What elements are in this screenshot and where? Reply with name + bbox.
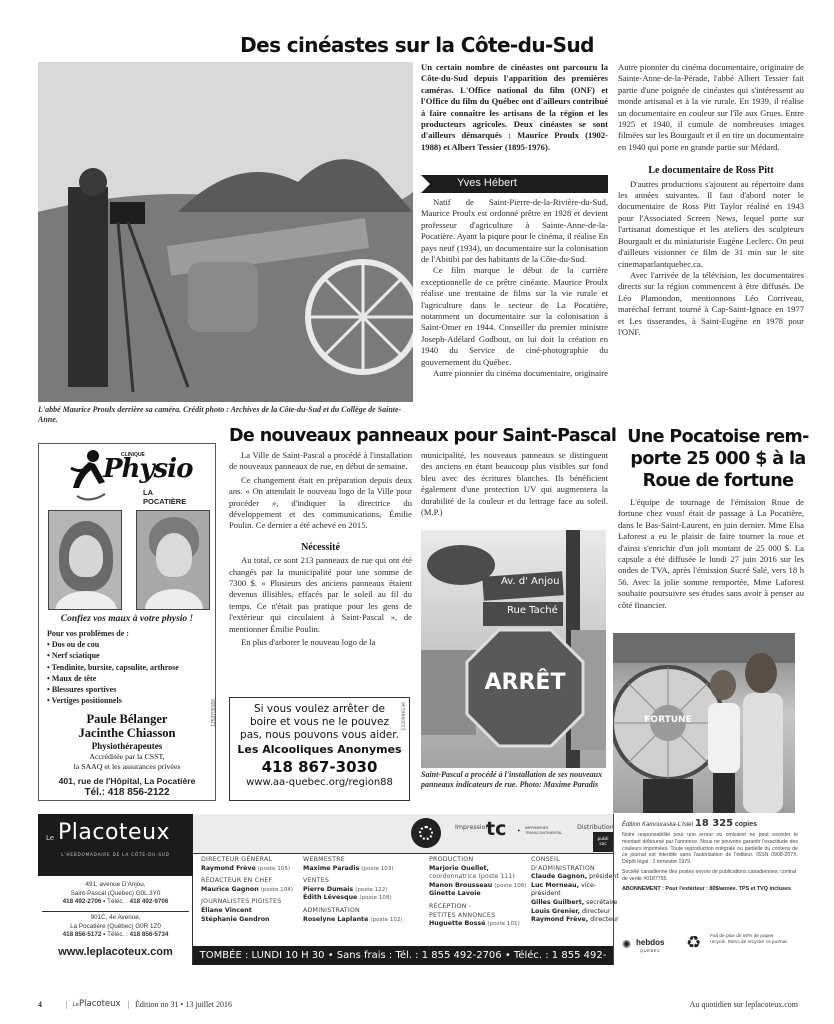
list-item: • Nerf sciatique — [47, 650, 212, 661]
placoteux-logo[interactable]: Le Placoteux L'HEBDOMADAIRE DE LA CÔTE-D… — [38, 814, 193, 876]
hebdos-quebec-logo: ✺ hebdos QUÉBEC — [622, 936, 682, 956]
article-headline-roue-de-fortune: Une Pocatoise rem- porte 25 000 $ à la R… — [618, 426, 818, 492]
physio-phone[interactable]: Tél.: 418 856-2122 — [39, 787, 215, 798]
footer-website[interactable]: Au quotidien sur leplacoteux.com — [690, 1000, 798, 1009]
logo-prefix: Le — [46, 834, 54, 842]
staff-column-4: CONSEIL D'ADMINISTRATION Claude Gagnon, … — [531, 856, 621, 929]
logo-la-pocatiere: LA POCATIÈRE — [143, 488, 189, 506]
article1-column-3: Autre pionnier du cinéma documentaire, o… — [618, 62, 804, 338]
article-headline-panneaux: De nouveaux panneaux pour Saint-Pascal — [229, 426, 619, 446]
staff-directory: DIRECTEUR GÉNÉRALRaymond Frève (poste 10… — [193, 856, 613, 946]
deadline-bar: TOMBÉE : LUNDI 10 H 30 • Sans frais : Té… — [193, 946, 613, 965]
distribution-label: Distribution — [577, 824, 614, 831]
staff-column-3: PRODUCTIONMarjorie Ouellet,coordonnatric… — [429, 856, 529, 933]
website-link[interactable]: www.leplacoteux.com — [38, 946, 193, 958]
physio-accreditation-2: la SAAQ et les assurances privées — [39, 762, 215, 772]
recycle-text: Fait de plus de 50% de papier recyclé. M… — [710, 934, 790, 947]
paragraph: En plus d'arborer le nouveau logo de la — [229, 637, 412, 648]
office-saint-pascal: 491, avenue D'Anjou, Saint-Pascal (Québe… — [38, 881, 193, 907]
photo-paule-belanger — [48, 510, 122, 610]
photo-illustration — [38, 62, 413, 402]
seal-icon — [411, 818, 441, 848]
photo-illustration — [421, 530, 606, 768]
list-item: • Blessures sportives — [47, 684, 212, 695]
article2-column-2: municipalité, les nouveaux panneaux se d… — [421, 450, 608, 518]
aa-org: Les Alcooliques Anonymes — [230, 742, 409, 758]
paragraph: municipalité, les nouveaux panneaux se d… — [421, 450, 608, 518]
physio-tagline: Confiez vos maux à votre physio ! — [39, 614, 215, 624]
aa-url[interactable]: www.aa-quebec.org/region88 — [230, 776, 409, 789]
list-item: • Maux de tête — [47, 673, 212, 684]
paragraph: Ce film marque le début de la carrière e… — [421, 265, 608, 368]
list-item: • Dos ou de cou — [47, 639, 212, 650]
list-title: Pour vos problèmes de : — [47, 628, 212, 639]
transcontinental-label: IMPRIMERIES TRANSCONTINENTAL — [525, 826, 575, 835]
paragraph: D'autres productions s'ajoutent au réper… — [618, 179, 804, 270]
photo-roue-de-fortune: FORTUNE — [613, 633, 795, 813]
logo-tagline: L'HEBDOMADAIRE DE LA CÔTE-DU-SUD — [38, 852, 193, 857]
physio-name-2: Jacinthe Chiasson — [39, 726, 215, 740]
impression-label: Impression — [455, 824, 489, 831]
aa-line-3: pas, nous pouvons vous aider. — [230, 729, 409, 742]
legal-info: Édition Kamouraska-L'Islet 18 325 copies… — [613, 814, 798, 965]
office2-phone[interactable]: 418 856-5172 — [63, 931, 102, 938]
edition-info: Édition Kamouraska-L'Islet 18 325 copies — [622, 818, 798, 829]
office-la-pocatiere: 901C, 4e Avenue, La Pocatière (Québec) G… — [38, 914, 193, 940]
ad-code: 1220996136 — [402, 702, 407, 731]
subhead-ross-pitt: Le documentaire de Ross Pitt — [618, 165, 804, 176]
logo-physio: Physio — [103, 454, 192, 484]
sign-anjou: Av. d' Anjou — [501, 576, 559, 587]
photo-jacinthe-chiasson — [136, 510, 210, 610]
tc-logo: tc — [486, 818, 506, 840]
staff-column-2: WEBMESTREMaxime Paradis (poste 103) VENT… — [303, 856, 403, 928]
physio-accreditation-1: Accréditée par la CSST, — [39, 752, 215, 762]
article-headline-cineastes: Des cinéastes sur la Côte-du-Sud — [0, 33, 834, 57]
subscription-info: ABONNEMENT : Pour l'extérieur : 80$/anné… — [622, 886, 798, 893]
ad-code: 1253709166 — [211, 699, 217, 727]
stop-sign-text: ARRÊT — [475, 670, 575, 695]
publisac-logo: publi sac — [593, 832, 613, 852]
aa-line-1: Si vous voulez arrêter de — [230, 703, 409, 716]
aa-phone[interactable]: 418 867-3030 — [230, 758, 409, 776]
physio-name-1: Paule Bélanger — [39, 712, 215, 726]
article2-column-1: La Ville de Saint-Pascal a procédé à l'i… — [229, 450, 412, 649]
article3-column: L'équipe de tournage de l'émission Roue … — [618, 497, 804, 611]
physio-problems-list: Pour vos problèmes de : • Dos ou de cou … — [47, 628, 212, 706]
paragraph: L'équipe de tournage de l'émission Roue … — [618, 497, 804, 611]
ad-clinique-physio[interactable]: CLINIQUE Physio LA POCATIÈRE Confiez vos… — [38, 443, 216, 801]
paragraph: Autre pionnier du cinéma documentaire, o… — [618, 62, 804, 153]
physio-contact: 401, rue de l'Hôpital, La Pocatière Tél.… — [39, 776, 215, 798]
physio-staff: Paule Bélanger Jacinthe Chiasson Physiot… — [39, 712, 215, 771]
postal-info: Société canadienne des postes envois de … — [622, 869, 798, 883]
logo-wordmark: Placoteux — [58, 820, 170, 845]
list-item: • Tendinite, bursite, capsulite, arthros… — [47, 662, 212, 673]
article1-column-2: Natif de Saint-Pierre-de-la-Rivière-du-S… — [421, 197, 608, 379]
staff-column-1: DIRECTEUR GÉNÉRALRaymond Frève (poste 10… — [201, 856, 301, 928]
physio-title: Physiothérapeutes — [39, 740, 215, 752]
wheel-label: FORTUNE — [643, 715, 693, 725]
page-footer: 4 | Le Placoteux | Édition no 31 • 13 ju… — [38, 1000, 798, 1014]
copies-count: 18 325 — [695, 818, 733, 829]
legal-disclaimer: Notre responsabilité pour une erreur ou … — [622, 832, 798, 866]
paragraph: Ce changement était en préparation depui… — [229, 475, 412, 532]
ad-alcooliques-anonymes[interactable]: Si vous voulez arrêter de boire et vous … — [229, 697, 410, 801]
physio-logo: CLINIQUE Physio LA POCATIÈRE — [69, 448, 189, 506]
edition-date: Édition no 31 • 13 juillet 2016 — [135, 1000, 232, 1009]
byline-author: Yves Hébert — [457, 177, 517, 189]
subhead-necessite: Nécessité — [229, 542, 412, 553]
byline-arrow-icon — [421, 175, 430, 193]
paragraph: Au total, ce sont 213 panneaux de rue qu… — [229, 555, 412, 635]
office1-phone[interactable]: 418 492-2706 — [63, 898, 102, 905]
recycle-icon: ♻ — [686, 934, 701, 952]
aa-line-2: boire et vous ne le pouvez — [230, 716, 409, 729]
sign-tache: Rue Taché — [507, 605, 558, 616]
photo-maurice-proulx-camera — [38, 62, 413, 402]
paragraph: Autre pionnier du cinéma documentaire, o… — [421, 368, 608, 379]
photo-caption-panneaux: Saint-Pascal a procédé à l'installation … — [421, 770, 611, 790]
sun-icon: ✺ — [622, 938, 631, 951]
page-number: 4 — [38, 1000, 42, 1009]
list-item: • Vertiges positionnels — [47, 695, 212, 706]
photo-illustration — [613, 633, 795, 813]
paragraph: Avec l'arrivée de la télévision, les doc… — [618, 270, 804, 338]
photo-street-signs: Av. d' Anjou Rue Taché ARRÊT — [421, 530, 606, 768]
photo-caption-proulx: L'abbé Maurice Proulx derrière sa caméra… — [38, 405, 418, 425]
printing-distribution-band: Impression tc • IMPRIMERIES TRANSCONTINE… — [193, 814, 613, 854]
footer-paper-name: Placoteux — [79, 999, 121, 1009]
paragraph: Natif de Saint-Pierre-de-la-Rivière-du-S… — [421, 197, 608, 265]
byline-bar: Yves Hébert — [421, 175, 608, 193]
article-intro: Un certain nombre de cinéastes ont parco… — [421, 62, 608, 153]
physio-address: 401, rue de l'Hôpital, La Pocatière — [39, 776, 215, 787]
paragraph: La Ville de Saint-Pascal a procédé à l'i… — [229, 450, 412, 473]
office-addresses: 491, avenue D'Anjou, Saint-Pascal (Québe… — [38, 876, 193, 965]
